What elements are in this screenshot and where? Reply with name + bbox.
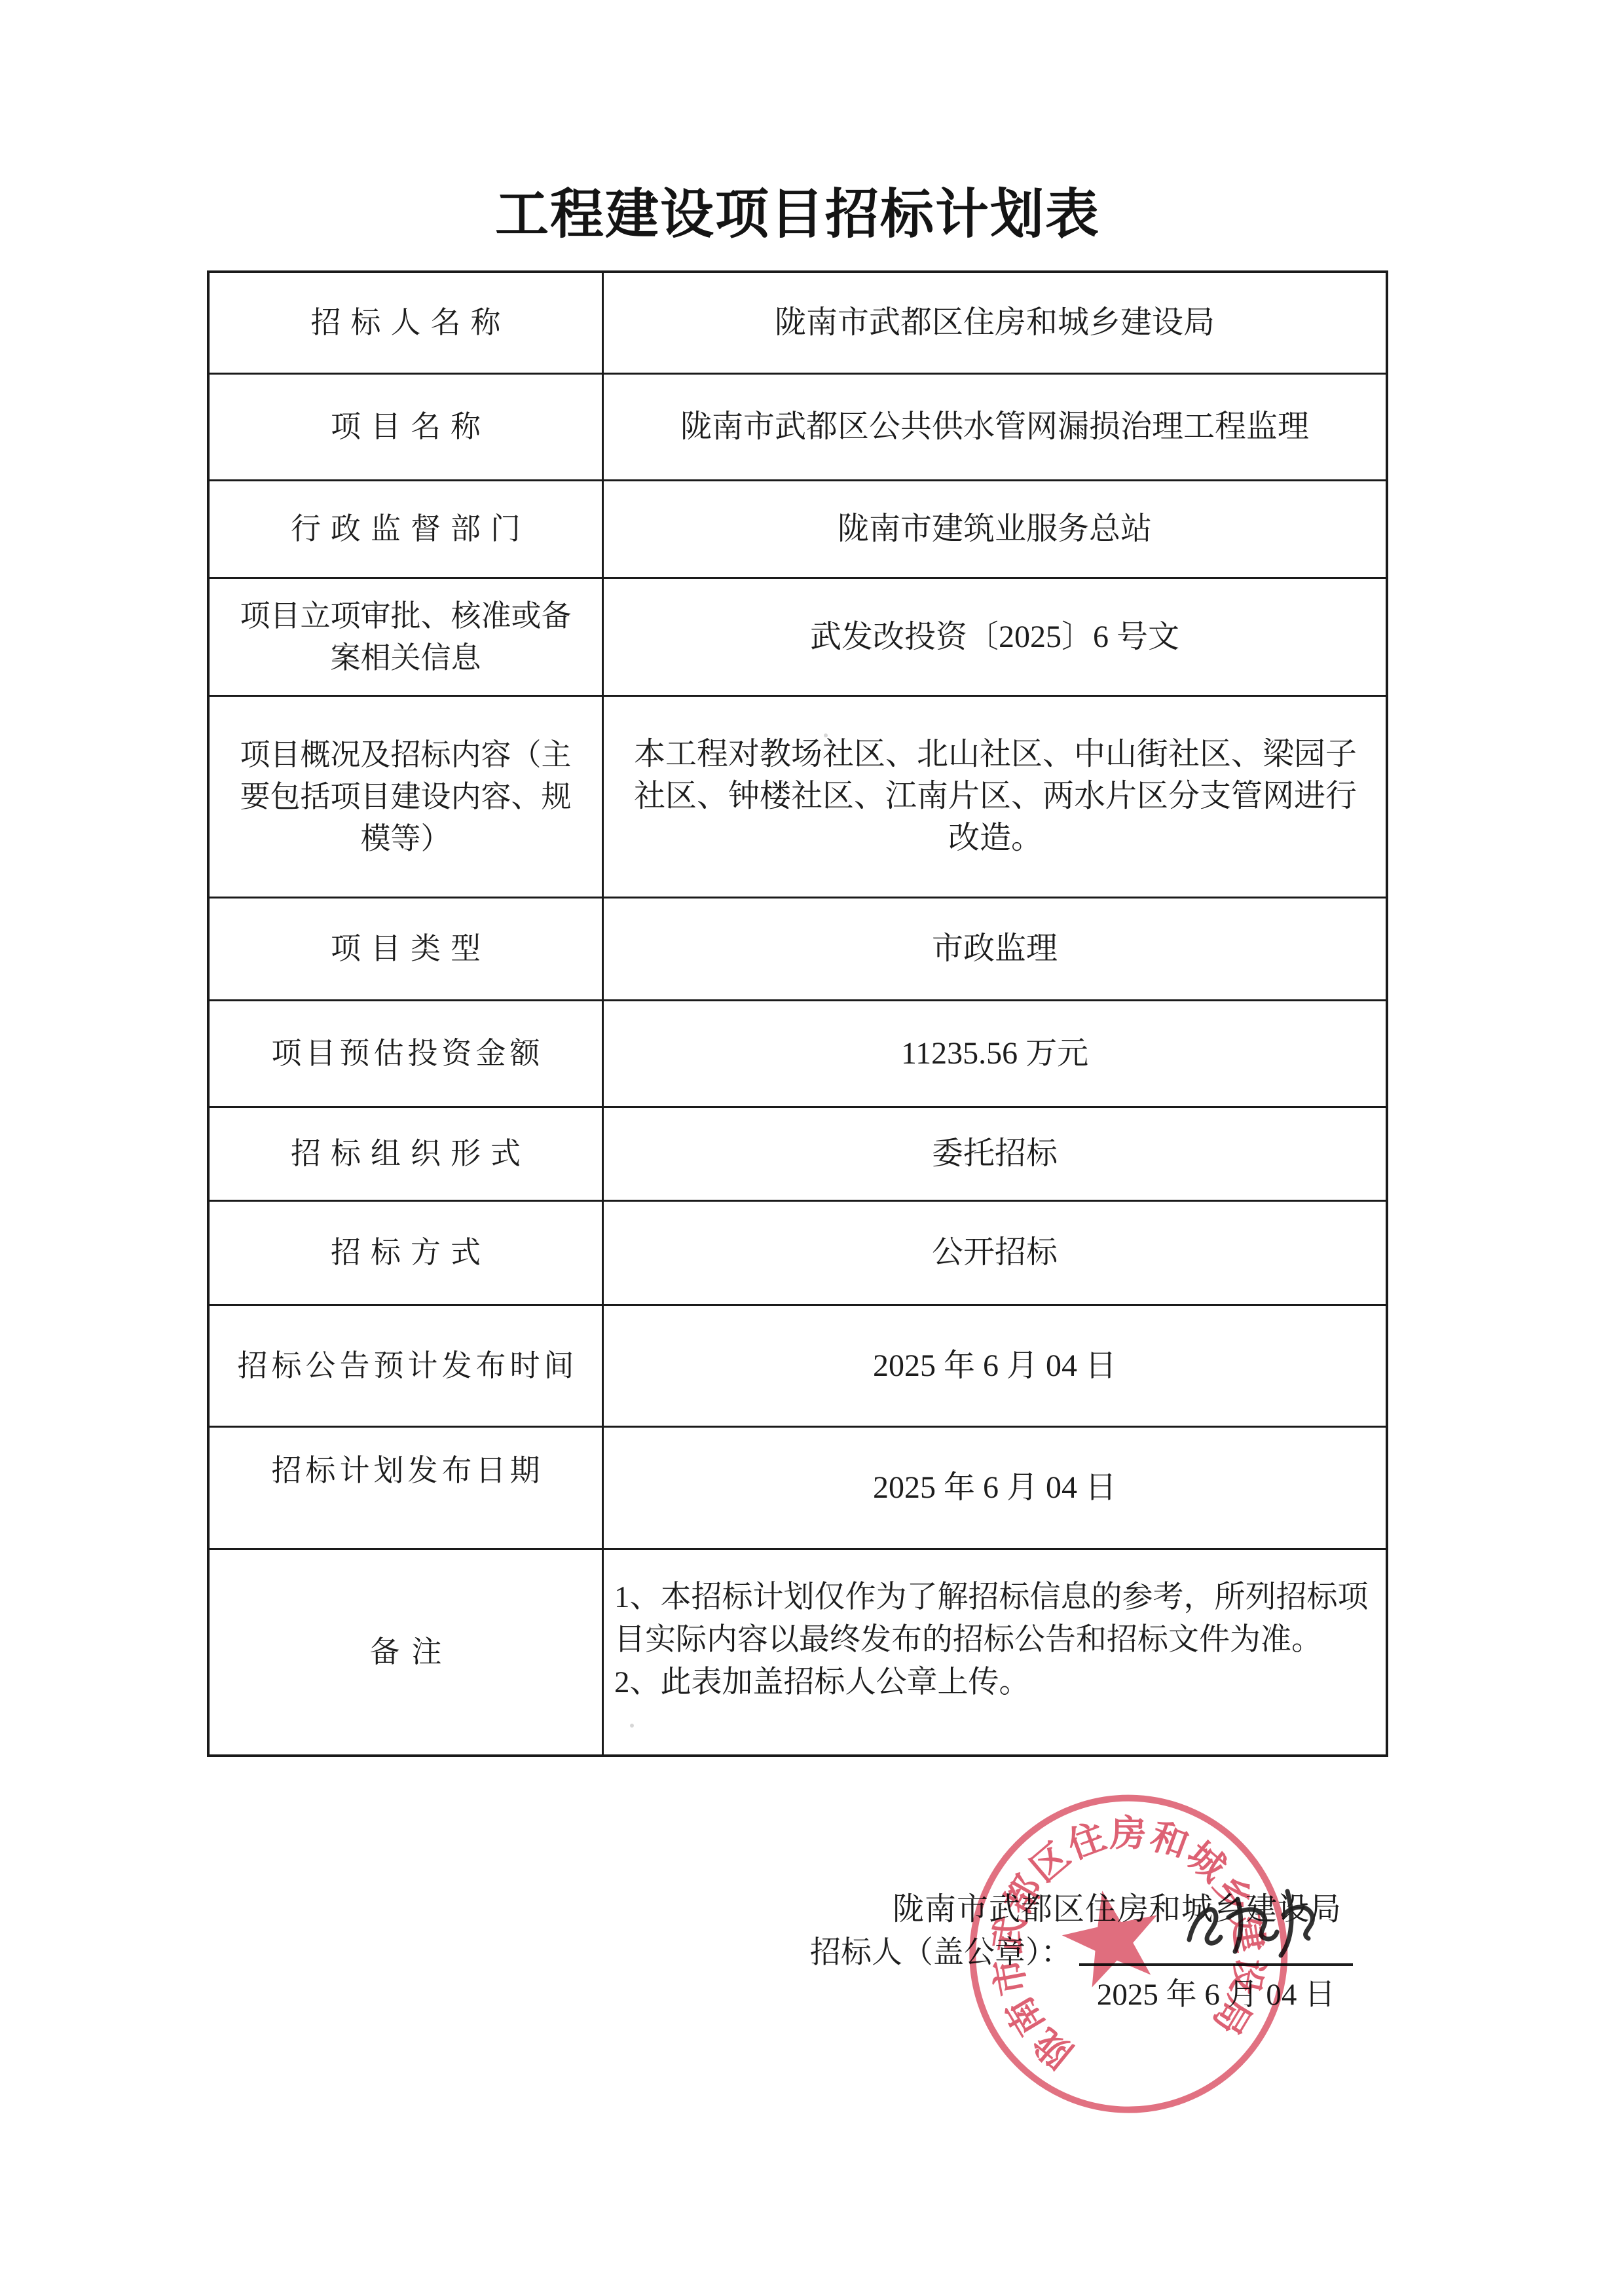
table-row: 招标人名称 陇南市武都区住房和城乡建设局 <box>210 273 1386 373</box>
row-value: 武发改投资〔2025〕6 号文 <box>604 579 1386 695</box>
row-label: 项目类型 <box>210 898 604 999</box>
row-label: 项目预估投资金额 <box>210 1001 604 1106</box>
row-label: 行政监督部门 <box>210 481 604 577</box>
remark-line: 2、此表加盖招标人公章上传。 <box>614 1661 1376 1704</box>
row-value: 陇南市武都区住房和城乡建设局 <box>604 273 1386 373</box>
table-row: 项目名称 陇南市武都区公共供水管网漏损治理工程监理 <box>210 373 1386 479</box>
document-page: 工程建设项目招标计划表 招标人名称 陇南市武都区住房和城乡建设局 项目名称 陇南… <box>0 0 1624 2296</box>
remark-label: 备注 <box>210 1550 604 1754</box>
row-value: 委托招标 <box>604 1108 1386 1200</box>
row-value: 11235.56 万元 <box>604 1001 1386 1106</box>
row-label: 项目概况及招标内容（主要包括项目建设内容、规模等） <box>210 697 604 897</box>
row-label: 项目立项审批、核准或备案相关信息 <box>210 579 604 695</box>
page-title: 工程建设项目招标计划表 <box>495 172 1100 248</box>
remark-line: 1、本招标计划仅作为了解招标信息的参考，所列招标项目实际内容以最终发布的招标公告… <box>614 1576 1376 1661</box>
remark-row: 备注 1、本招标计划仅作为了解招标信息的参考，所列招标项目实际内容以最终发布的招… <box>210 1548 1386 1754</box>
row-label: 招标计划发布日期 <box>210 1428 604 1548</box>
row-label: 招标方式 <box>210 1202 604 1304</box>
row-label: 招标人名称 <box>210 273 604 373</box>
scan-speck <box>824 733 828 737</box>
row-value: 陇南市武都区公共供水管网漏损治理工程监理 <box>604 375 1386 479</box>
scan-speck <box>346 419 350 424</box>
table-row: 招标计划发布日期 2025 年 6 月 04 日 <box>210 1426 1386 1548</box>
row-value: 2025 年 6 月 04 日 <box>604 1428 1386 1548</box>
row-value: 陇南市建筑业服务总站 <box>604 481 1386 577</box>
table-row: 招标组织形式 委托招标 <box>210 1106 1386 1200</box>
row-value: 市政监理 <box>604 898 1386 999</box>
bidding-plan-table: 招标人名称 陇南市武都区住房和城乡建设局 项目名称 陇南市武都区公共供水管网漏损… <box>207 270 1388 1757</box>
table-row: 招标方式 公开招标 <box>210 1200 1386 1304</box>
official-seal-stamp: 陇南市武都区住房和城乡建设局 <box>961 1786 1304 2130</box>
table-row: 项目类型 市政监理 <box>210 897 1386 999</box>
table-row: 项目概况及招标内容（主要包括项目建设内容、规模等） 本工程对教场社区、北山社区、… <box>210 695 1386 897</box>
table-row: 招标公告预计发布时间 2025 年 6 月 04 日 <box>210 1304 1386 1426</box>
remark-value: 1、本招标计划仅作为了解招标信息的参考，所列招标项目实际内容以最终发布的招标公告… <box>604 1550 1386 1754</box>
row-value: 本工程对教场社区、北山社区、中山街社区、梁园子社区、钟楼社区、江南片区、两水片区… <box>604 697 1386 897</box>
scan-speck <box>630 1724 634 1728</box>
row-label: 招标公告预计发布时间 <box>210 1306 604 1426</box>
table-row: 项目立项审批、核准或备案相关信息 武发改投资〔2025〕6 号文 <box>210 577 1386 695</box>
table-row: 行政监督部门 陇南市建筑业服务总站 <box>210 479 1386 577</box>
row-value: 2025 年 6 月 04 日 <box>604 1306 1386 1426</box>
table-row: 项目预估投资金额 11235.56 万元 <box>210 999 1386 1106</box>
row-label: 项目名称 <box>210 375 604 479</box>
stamp-star-icon <box>1060 1889 1158 1990</box>
row-label: 招标组织形式 <box>210 1108 604 1200</box>
row-value: 公开招标 <box>604 1202 1386 1304</box>
